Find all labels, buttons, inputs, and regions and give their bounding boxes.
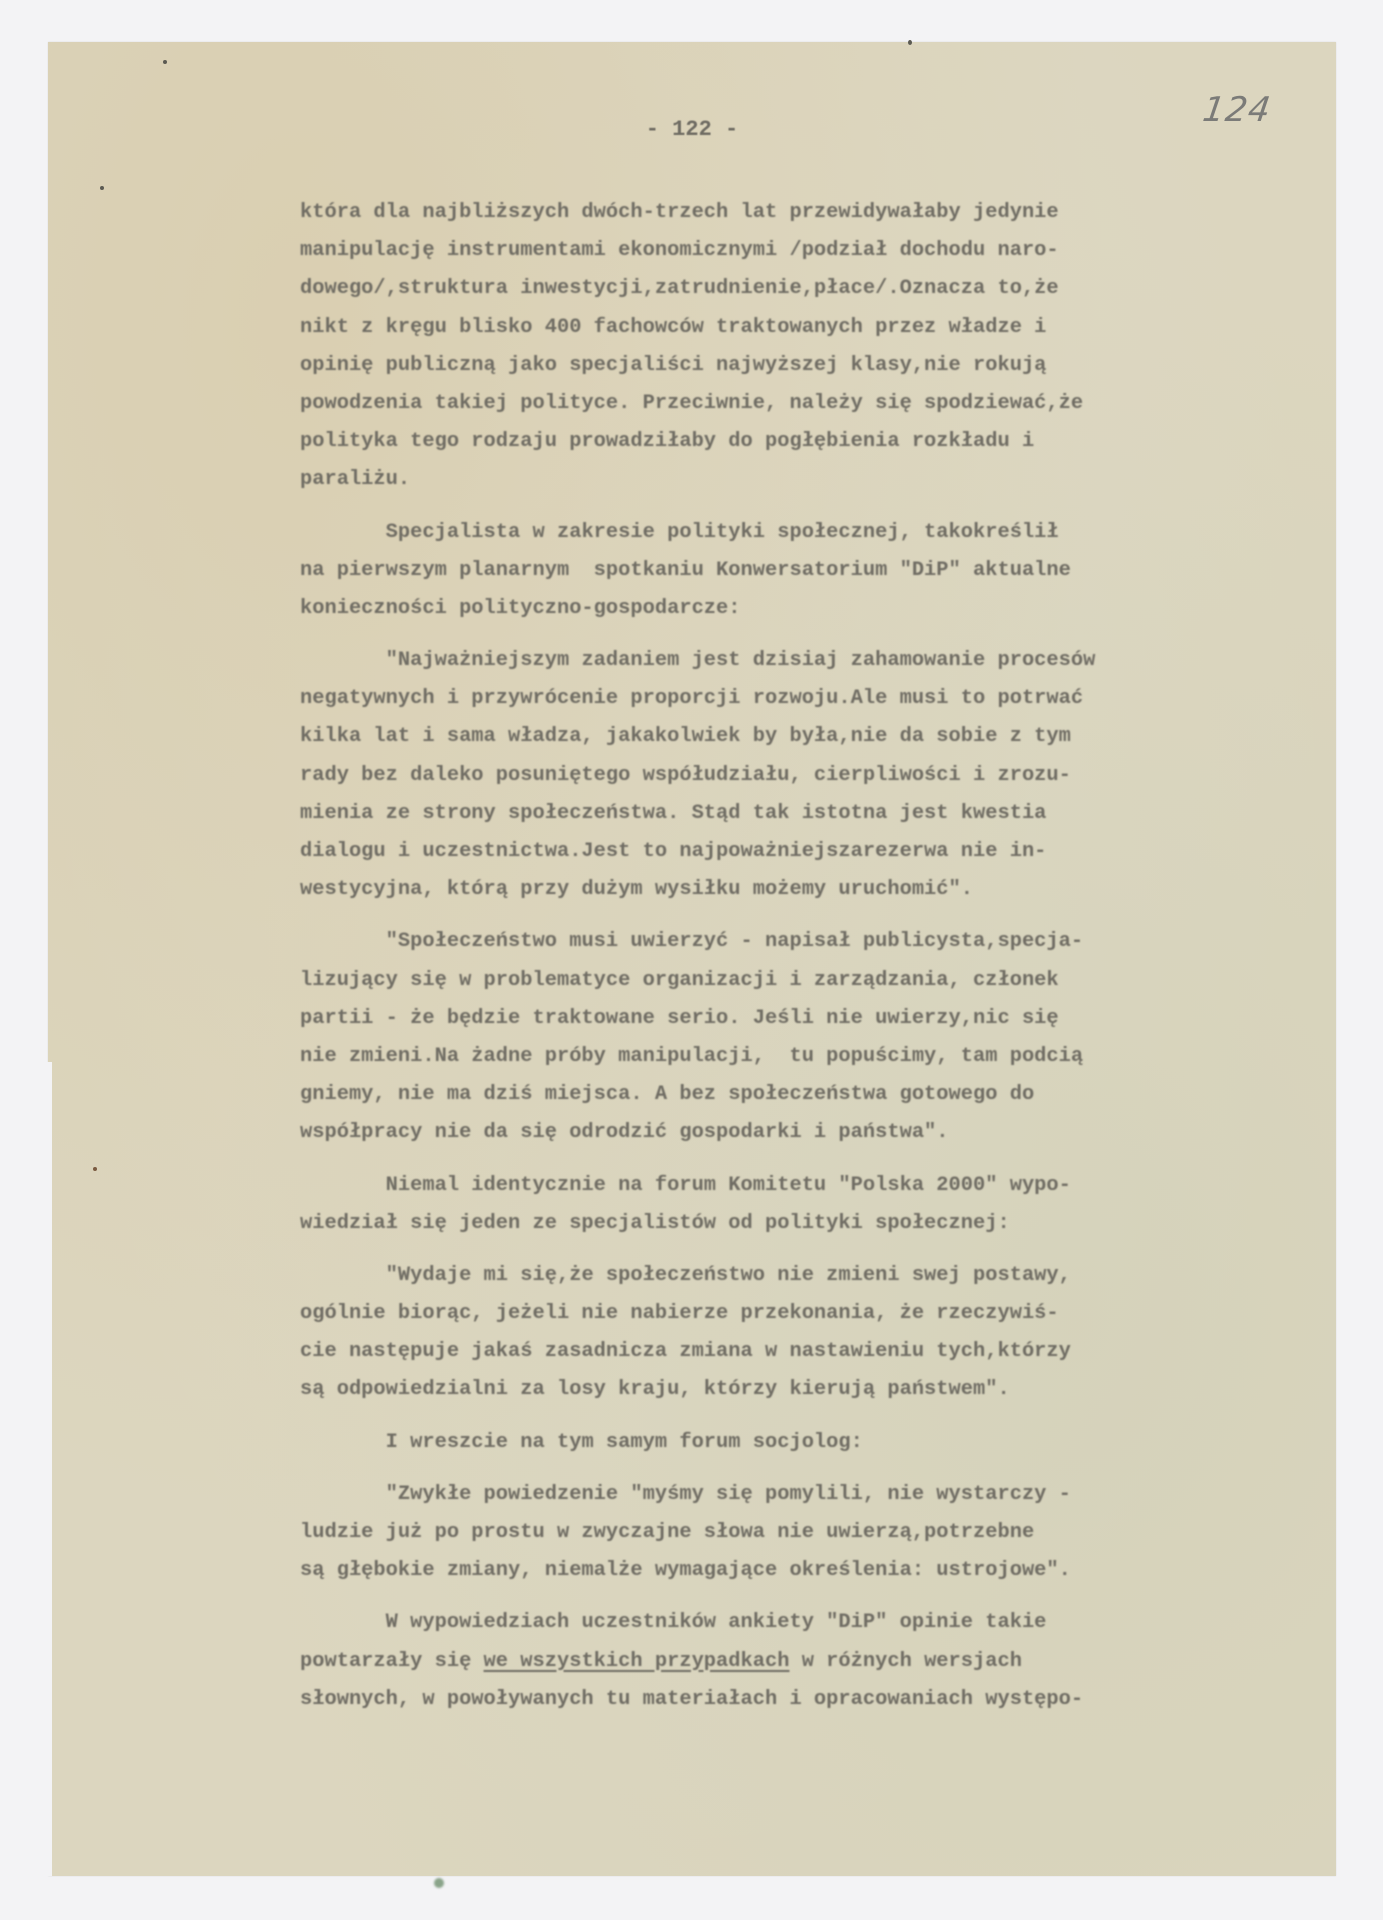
text-line: są odpowiedzialni za losy kraju, którzy … (300, 1371, 1340, 1409)
paragraph: która dla najbliższych dwóch-trzech lat … (300, 194, 1340, 500)
underlined-phrase: we wszystkich przypadkach (484, 1650, 790, 1673)
text-line: negatywnych i przywrócenie proporcji roz… (300, 680, 1340, 718)
text-line: paraliżu. (300, 461, 1340, 499)
text-line: opinię publiczną jako specjaliści najwyż… (300, 347, 1340, 385)
text-line: mienia ze strony społeczeństwa. Stąd tak… (300, 795, 1340, 833)
text-line: cie następuje jakaś zasadnicza zmiana w … (300, 1333, 1340, 1371)
text-line: Niemal identycznie na forum Komitetu "Po… (300, 1167, 1340, 1205)
text-line: Specjalista w zakresie polityki społeczn… (300, 514, 1340, 552)
text-line: gniemy, nie ma dziś miejsca. A bez społe… (300, 1076, 1340, 1114)
text-line: wiedział się jeden ze specjalistów od po… (300, 1205, 1340, 1243)
paper-speck (93, 1167, 97, 1171)
text-line: nie zmieni.Na żadne próby manipulacji, t… (300, 1038, 1340, 1076)
text-line: słownych, w powoływanych tu materiałach … (300, 1681, 1340, 1719)
text-line: westycyjna, którą przy dużym wysiłku moż… (300, 871, 1340, 909)
text-line: są głębokie zmiany, niemalże wymagające … (300, 1552, 1340, 1590)
text-line: partii - że będzie traktowane serio. Jeś… (300, 1000, 1340, 1038)
text-line: powtarzały się we wszystkich przypadkach… (300, 1643, 1340, 1681)
paragraph: "Najważniejszym zadaniem jest dzisiaj za… (300, 642, 1340, 909)
paper-speck (100, 186, 104, 190)
ink-stain (434, 1878, 444, 1888)
paragraph: "Społeczeństwo musi uwierzyć - napisał p… (300, 923, 1340, 1152)
text-line: "Zwykłe powiedzenie "myśmy się pomylili,… (300, 1476, 1340, 1514)
text-line: współpracy nie da się odrodzić gospodark… (300, 1114, 1340, 1152)
page-number: - 122 - (48, 117, 1336, 142)
text-line: która dla najbliższych dwóch-trzech lat … (300, 194, 1340, 232)
text-line: kilka lat i sama władza, jakakolwiek by … (300, 718, 1340, 756)
document-page: 124 - 122 - która dla najbliższych dwóch… (48, 42, 1336, 1876)
text-line: dowego/,struktura inwestycji,zatrudnieni… (300, 270, 1340, 308)
paragraph: Niemal identycznie na forum Komitetu "Po… (300, 1167, 1340, 1243)
text-line: "Wydaje mi się,że społeczeństwo nie zmie… (300, 1257, 1340, 1295)
text-line: nikt z kręgu blisko 400 fachowców trakto… (300, 309, 1340, 347)
text-line: dialogu i uczestnictwa.Jest to najpoważn… (300, 833, 1340, 871)
torn-page-edge (40, 1062, 52, 1876)
text-line: ludzie już po prostu w zwyczajne słowa n… (300, 1514, 1340, 1552)
text-line: "Społeczeństwo musi uwierzyć - napisał p… (300, 923, 1340, 961)
typewritten-body: która dla najbliższych dwóch-trzech lat … (300, 194, 1340, 1719)
text-line: polityka tego rodzaju prowadziłaby do po… (300, 423, 1340, 461)
paragraph: I wreszcie na tym samym forum socjolog: (300, 1424, 1340, 1462)
text-line: W wypowiedziach uczestników ankiety "DiP… (300, 1604, 1340, 1642)
text-line: konieczności polityczno-gospodarcze: (300, 590, 1340, 628)
text-line: manipulację instrumentami ekonomicznymi … (300, 232, 1340, 270)
text-line: na pierwszym planarnym spotkaniu Konwers… (300, 552, 1340, 590)
text-line: rady bez daleko posuniętego współudziału… (300, 757, 1340, 795)
paper-speck (163, 60, 167, 64)
text-line: ogólnie biorąc, jeżeli nie nabierze prze… (300, 1295, 1340, 1333)
text-line: lizujący się w problematyce organizacji … (300, 962, 1340, 1000)
text-line: "Najważniejszym zadaniem jest dzisiaj za… (300, 642, 1340, 680)
paragraph: "Wydaje mi się,że społeczeństwo nie zmie… (300, 1257, 1340, 1410)
paragraph: "Zwykłe powiedzenie "myśmy się pomylili,… (300, 1476, 1340, 1591)
paragraph: Specjalista w zakresie polityki społeczn… (300, 514, 1340, 629)
text-line: I wreszcie na tym samym forum socjolog: (300, 1424, 1340, 1462)
paper-speck (908, 40, 912, 45)
paragraph: W wypowiedziach uczestników ankiety "DiP… (300, 1604, 1340, 1719)
text-line: powodzenia takiej polityce. Przeciwnie, … (300, 385, 1340, 423)
